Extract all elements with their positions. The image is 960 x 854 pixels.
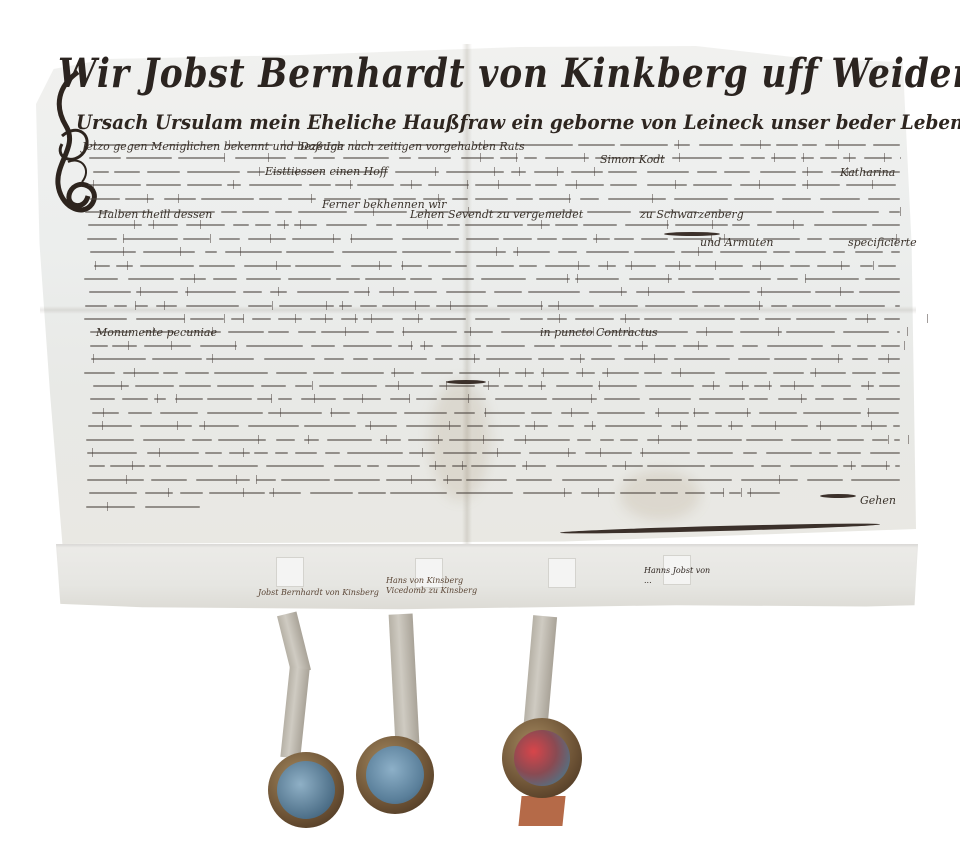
calligraphic-flourish bbox=[820, 494, 856, 498]
body-phrase: Gehen bbox=[860, 494, 896, 507]
document-photo: Wir Jobst Bernhardt von Kinkberg uff Wei… bbox=[0, 0, 960, 854]
script-line bbox=[80, 486, 910, 499]
script-line bbox=[80, 433, 910, 446]
body-phrase: Simon Kodt bbox=[600, 153, 665, 166]
script-line bbox=[80, 419, 910, 432]
script-line bbox=[80, 312, 910, 325]
script-line bbox=[80, 352, 910, 365]
body-phrase: und Armuten bbox=[700, 236, 773, 249]
script-line bbox=[80, 285, 910, 298]
seal-tag-right bbox=[523, 615, 557, 735]
script-line bbox=[80, 459, 910, 472]
script-line bbox=[80, 178, 910, 191]
body-phrase: Lehen Sevendt zu vergemeldet bbox=[410, 208, 583, 221]
seal-tag-left bbox=[277, 611, 311, 674]
wax-seal-right bbox=[502, 718, 582, 798]
script-line bbox=[80, 245, 910, 258]
body-phrase: Katharina bbox=[840, 166, 895, 179]
body-phrase: Monumente pecuniae bbox=[96, 326, 217, 339]
body-phrase: Eisttiessen einen Hoff bbox=[265, 165, 388, 178]
script-line bbox=[80, 165, 910, 178]
seal-ribbon bbox=[518, 796, 565, 826]
seal-slot bbox=[548, 558, 576, 588]
wax-seal-left bbox=[268, 752, 344, 828]
body-phrase: Halben theill dessen bbox=[98, 208, 212, 221]
script-line bbox=[80, 259, 910, 272]
body-phrase: in puncto Contractus bbox=[540, 326, 658, 339]
script-line bbox=[80, 272, 910, 285]
wax-seal-center bbox=[356, 736, 434, 814]
charter-heading-line-1: Wir Jobst Bernhardt von Kinkberg uff Wei… bbox=[58, 50, 789, 97]
script-line bbox=[80, 339, 910, 352]
script-line bbox=[80, 232, 910, 245]
script-line bbox=[80, 192, 910, 205]
signature-1: Jobst Bernhardt von Kinsberg bbox=[258, 588, 379, 598]
script-line bbox=[80, 500, 910, 513]
script-line bbox=[80, 379, 910, 392]
charter-heading-line-2: Ursach Ursulam mein Eheliche Haußfraw ei… bbox=[76, 110, 849, 134]
script-line bbox=[80, 366, 910, 379]
script-line bbox=[80, 151, 910, 164]
signature-3: Hanns Jobst von ... bbox=[644, 566, 716, 586]
script-line bbox=[80, 446, 910, 459]
script-line bbox=[80, 392, 910, 405]
seal-tag-center bbox=[389, 613, 420, 744]
calligraphic-flourish bbox=[664, 232, 720, 236]
script-line bbox=[80, 299, 910, 312]
script-line bbox=[80, 473, 910, 486]
body-phrase: Daß Ich nach zeitigen vorgehabten Rats bbox=[300, 140, 525, 153]
body-phrase: zu Schwarzenberg bbox=[640, 208, 744, 221]
signature-2: Hans von Kinsberg Vicedomb zu Kinsberg bbox=[386, 576, 496, 596]
seal-slot bbox=[276, 557, 304, 587]
script-line bbox=[80, 406, 910, 419]
calligraphic-flourish bbox=[446, 380, 486, 384]
body-phrase: specificierte bbox=[848, 236, 917, 249]
seal-tag-left bbox=[280, 667, 309, 759]
